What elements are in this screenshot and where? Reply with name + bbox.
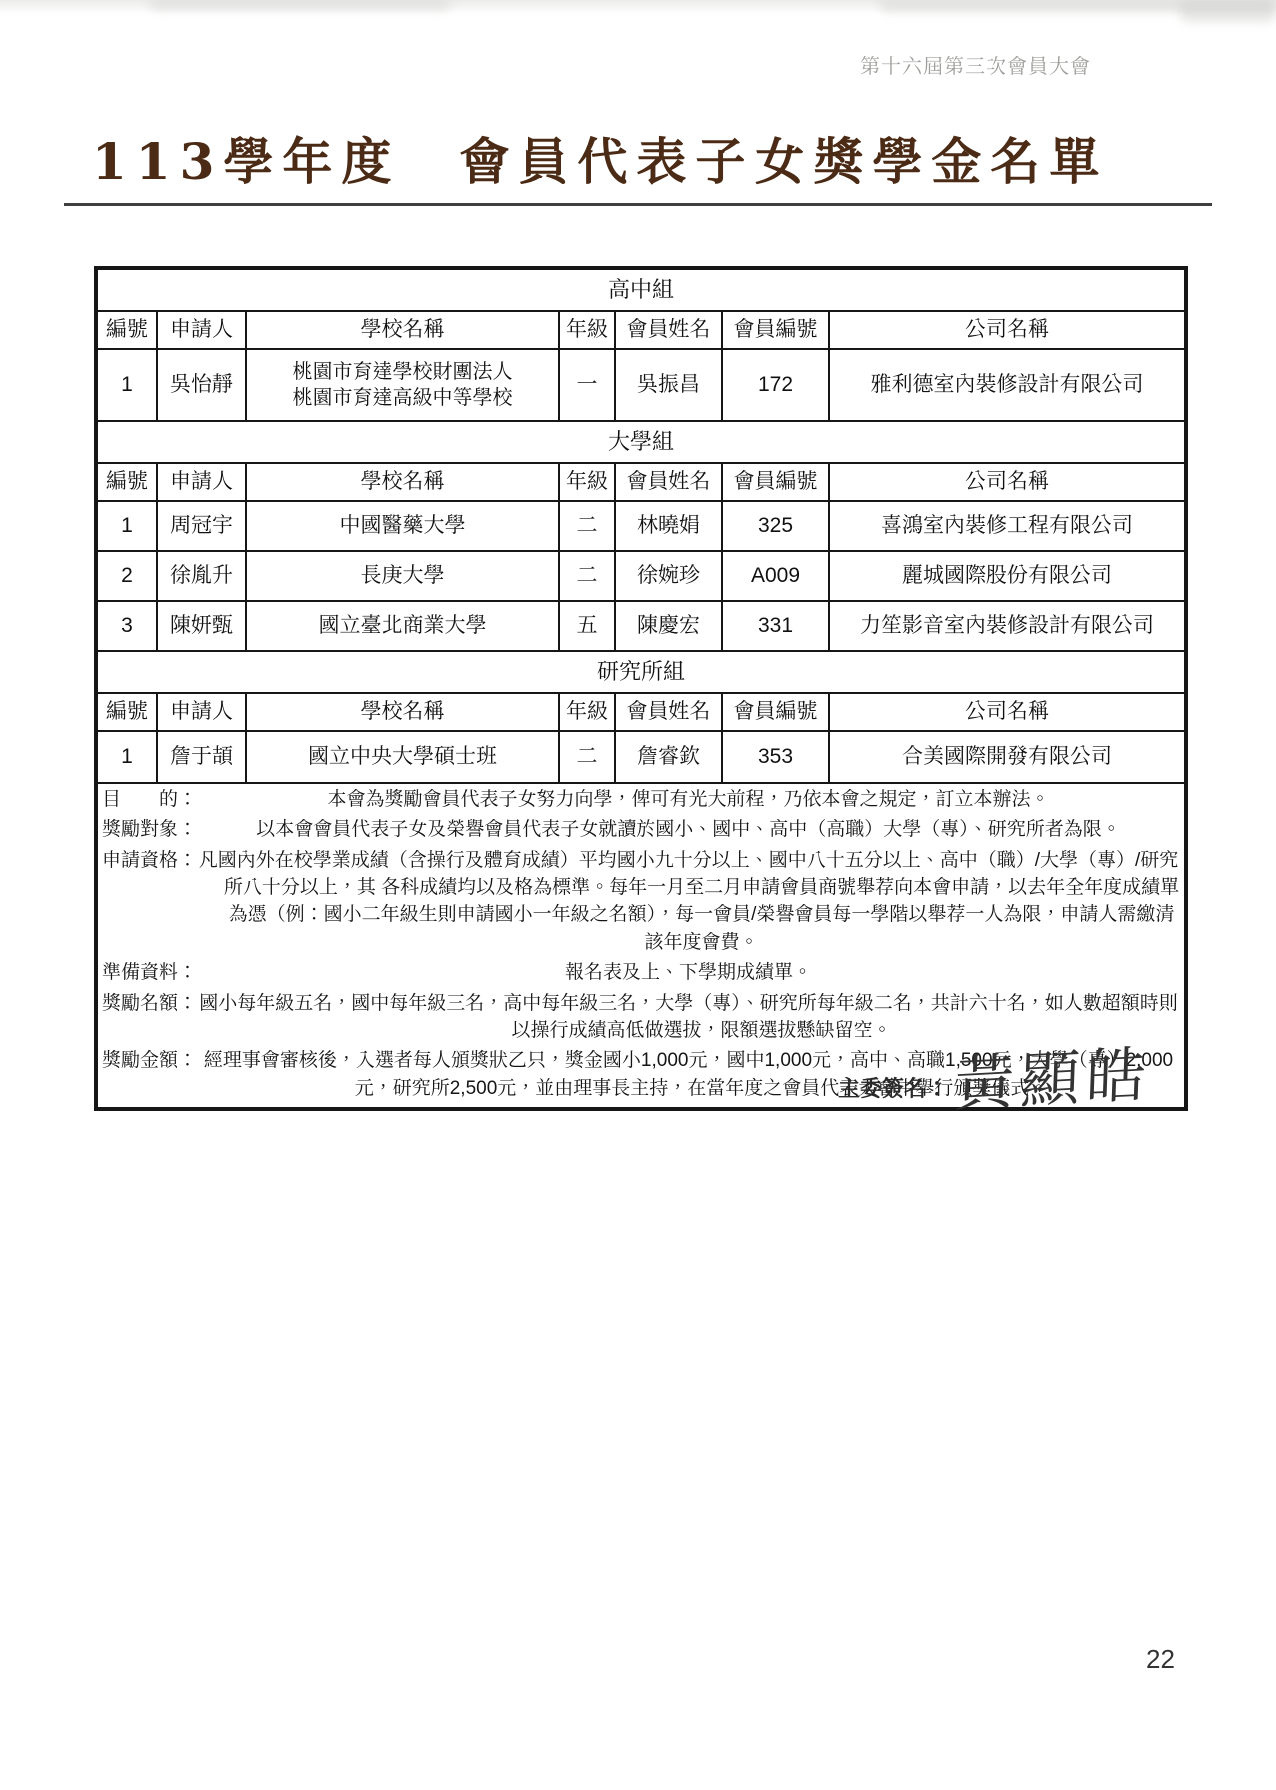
table-row: 1詹于頡國立中央大學碩士班二詹睿欽353合美國際開發有限公司	[96, 731, 1186, 783]
note-text: 本會為獎勵會員代表子女努力向學，俾可有光大前程，乃依本會之規定，訂立本辦法。	[197, 786, 1180, 813]
table-cell: 1	[96, 731, 157, 783]
table-cell: 325	[722, 501, 829, 551]
section-row: 高中組	[96, 268, 1186, 311]
note-item: 獎勵名額：國小每年級五名，國中每年級三名，高中每年級三名，大學（專）、研究所每年…	[102, 990, 1180, 1045]
column-header: 申請人	[157, 463, 246, 501]
section-title: 高中組	[96, 268, 1186, 311]
table-cell: 2	[96, 551, 157, 601]
table-cell: 五	[559, 601, 615, 651]
section-row: 大學組	[96, 421, 1186, 463]
title-rule	[64, 203, 1212, 206]
column-header: 年級	[559, 693, 615, 731]
table-cell: 1	[96, 349, 157, 421]
column-header: 公司名稱	[829, 463, 1186, 501]
table-cell: 合美國際開發有限公司	[829, 731, 1186, 783]
column-header: 會員編號	[722, 311, 829, 349]
note-text: 報名表及上、下學期成績單。	[197, 959, 1180, 986]
table-cell: 二	[559, 731, 615, 783]
section-title: 大學組	[96, 421, 1186, 463]
note-item: 獎勵對象：以本會會員代表子女及榮譽會員代表子女就讀於國小、國中、高中（高職）大學…	[102, 816, 1180, 843]
table-cell: 詹睿欽	[615, 731, 722, 783]
column-header: 學校名稱	[246, 463, 559, 501]
table-cell: 喜鴻室內裝修工程有限公司	[829, 501, 1186, 551]
note-item: 申請資格：凡國內外在校學業成績（含操行及體育成績）平均國小九十分以上、國中八十五…	[102, 847, 1180, 956]
meeting-session-label: 第十六屆第三次會員大會	[860, 50, 1091, 79]
page: { "page": { "header_right": "第十六屆第三次會員大會…	[0, 0, 1276, 1790]
note-text: 以本會會員代表子女及榮譽會員代表子女就讀於國小、國中、高中（高職）大學（專）、研…	[197, 816, 1180, 843]
column-header: 會員編號	[722, 693, 829, 731]
table-cell: 331	[722, 601, 829, 651]
table-cell: 長庚大學	[246, 551, 559, 601]
note-label: 申請資格：	[102, 847, 197, 956]
table-cell: 國立中央大學碩士班	[246, 731, 559, 783]
table-cell: 吳怡靜	[157, 349, 246, 421]
note-label: 目 的：	[102, 786, 197, 813]
table-cell: 吳振昌	[615, 349, 722, 421]
table-cell: A009	[722, 551, 829, 601]
table-cell: 國立臺北商業大學	[246, 601, 559, 651]
note-item: 準備資料：報名表及上、下學期成績單。	[102, 959, 1180, 986]
chairman-signature: 黃顯皓	[953, 1045, 1153, 1116]
column-header: 年級	[559, 463, 615, 501]
table-row: 3陳妍甄國立臺北商業大學五陳慶宏331力笙影音室內裝修設計有限公司	[96, 601, 1186, 651]
scholarship-table-wrap: 高中組編號申請人學校名稱年級會員姓名會員編號公司名稱1吳怡靜桃園市育達學校財團法…	[94, 266, 1188, 1111]
note-label: 獎勵名額：	[102, 990, 197, 1045]
note-item: 目 的：本會為獎勵會員代表子女努力向學，俾可有光大前程，乃依本會之規定，訂立本辦…	[102, 786, 1180, 813]
table-cell: 二	[559, 551, 615, 601]
table-cell: 徐胤升	[157, 551, 246, 601]
table-cell: 陳妍甄	[157, 601, 246, 651]
table-cell: 周冠宇	[157, 501, 246, 551]
column-header: 申請人	[157, 311, 246, 349]
page-number: 22	[1146, 1644, 1175, 1675]
column-header: 編號	[96, 311, 157, 349]
section-title: 研究所組	[96, 651, 1186, 693]
column-header: 會員姓名	[615, 311, 722, 349]
table-cell: 力笙影音室內裝修設計有限公司	[829, 601, 1186, 651]
column-header-row: 編號申請人學校名稱年級會員姓名會員編號公司名稱	[96, 463, 1186, 501]
scan-artifact	[150, 0, 450, 10]
signature-label: 主委簽名：	[838, 1072, 948, 1103]
table-cell: 陳慶宏	[615, 601, 722, 651]
column-header: 公司名稱	[829, 693, 1186, 731]
column-header: 學校名稱	[246, 693, 559, 731]
signature-area: 主委簽名： 黃顯皓	[838, 1050, 1152, 1110]
note-text: 國小每年級五名，國中每年級三名，高中每年級三名，大學（專）、研究所每年級二名，共…	[197, 990, 1180, 1045]
column-header-row: 編號申請人學校名稱年級會員姓名會員編號公司名稱	[96, 311, 1186, 349]
table-cell: 中國醫藥大學	[246, 501, 559, 551]
table-cell: 林曉娟	[615, 501, 722, 551]
note-label: 獎勵對象：	[102, 816, 197, 843]
column-header-row: 編號申請人學校名稱年級會員姓名會員編號公司名稱	[96, 693, 1186, 731]
table-cell: 詹于頡	[157, 731, 246, 783]
scan-artifact	[1180, 0, 1276, 22]
scholarship-table: 高中組編號申請人學校名稱年級會員姓名會員編號公司名稱1吳怡靜桃園市育達學校財團法…	[94, 266, 1188, 1111]
table-cell: 172	[722, 349, 829, 421]
table-cell: 一	[559, 349, 615, 421]
column-header: 申請人	[157, 693, 246, 731]
column-header: 編號	[96, 693, 157, 731]
table-row: 1吳怡靜桃園市育達學校財團法人桃園市育達高級中等學校一吳振昌172雅利德室內裝修…	[96, 349, 1186, 421]
column-header: 公司名稱	[829, 311, 1186, 349]
column-header: 編號	[96, 463, 157, 501]
column-header: 會員姓名	[615, 463, 722, 501]
table-cell: 雅利德室內裝修設計有限公司	[829, 349, 1186, 421]
table-row: 1周冠宇中國醫藥大學二林曉娟325喜鴻室內裝修工程有限公司	[96, 501, 1186, 551]
table-cell: 353	[722, 731, 829, 783]
note-label: 獎勵金額：	[102, 1047, 197, 1102]
table-cell: 麗城國際股份有限公司	[829, 551, 1186, 601]
table-row: 2徐胤升長庚大學二徐婉珍A009麗城國際股份有限公司	[96, 551, 1186, 601]
table-cell: 3	[96, 601, 157, 651]
column-header: 會員姓名	[615, 693, 722, 731]
column-header: 會員編號	[722, 463, 829, 501]
table-cell: 二	[559, 501, 615, 551]
column-header: 年級	[559, 311, 615, 349]
section-row: 研究所組	[96, 651, 1186, 693]
page-title: 113學年度 會員代表子女獎學金名單	[92, 122, 1108, 194]
table-cell: 桃園市育達學校財團法人桃園市育達高級中等學校	[246, 349, 559, 421]
column-header: 學校名稱	[246, 311, 559, 349]
table-cell: 徐婉珍	[615, 551, 722, 601]
note-text: 凡國內外在校學業成績（含操行及體育成績）平均國小九十分以上、國中八十五分以上、高…	[197, 847, 1180, 956]
note-label: 準備資料：	[102, 959, 197, 986]
table-cell: 1	[96, 501, 157, 551]
